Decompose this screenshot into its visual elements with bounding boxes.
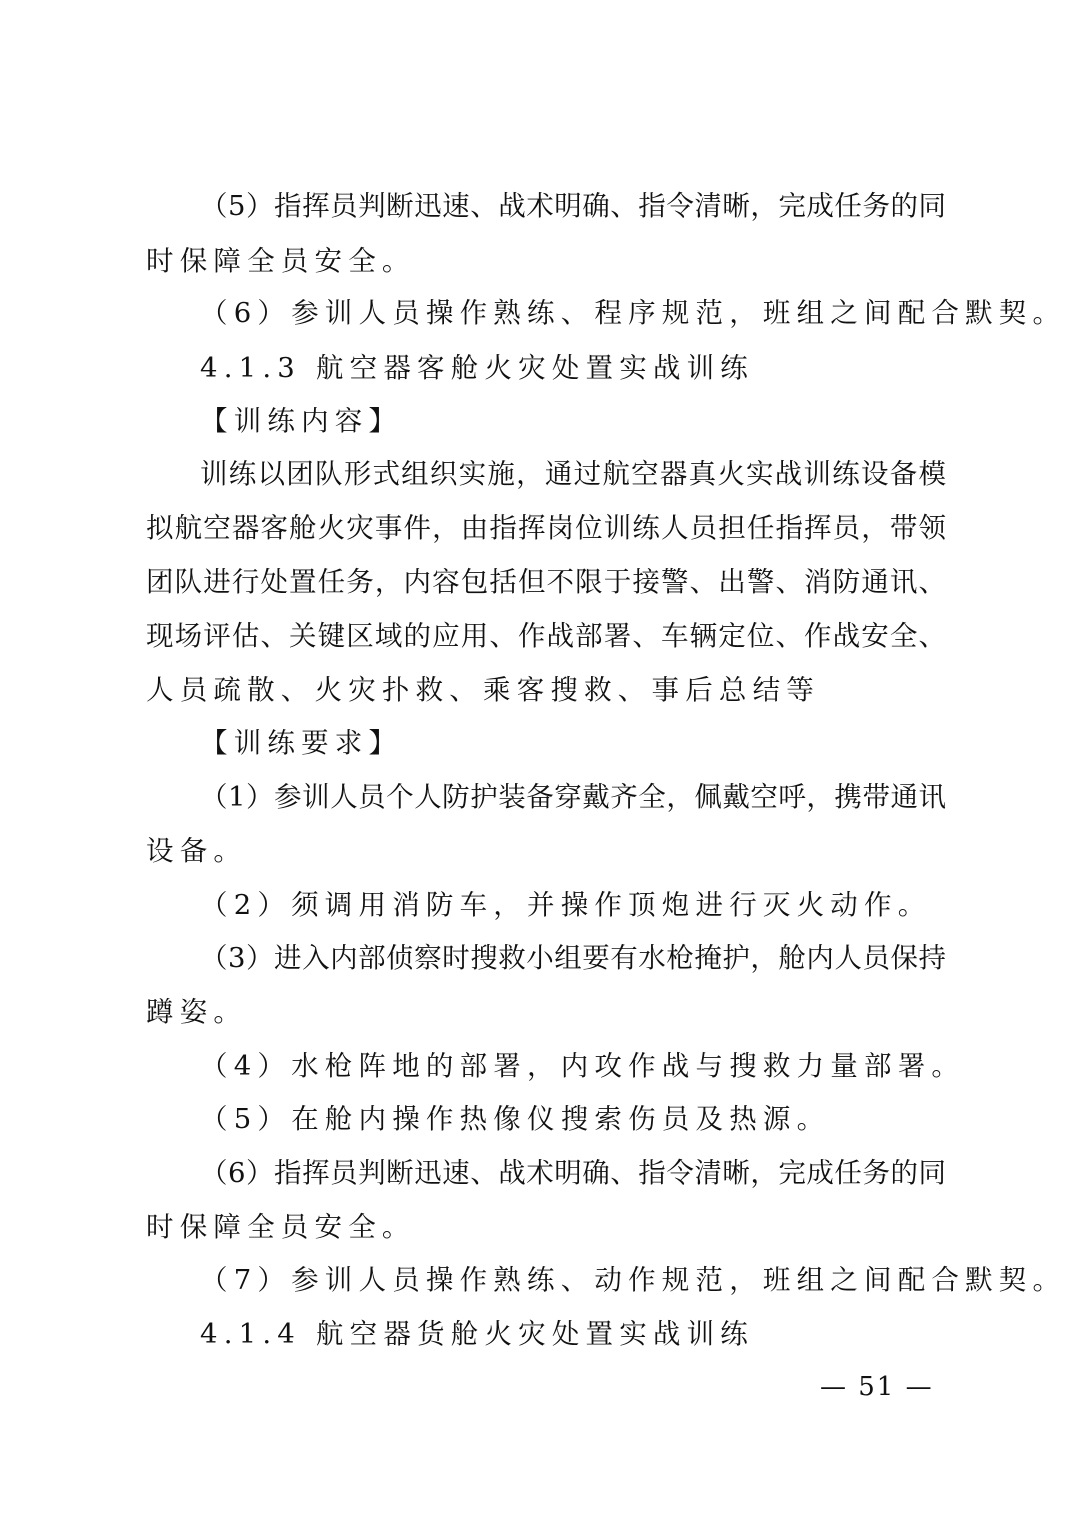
paragraph-line: 时保障全员安全。: [146, 243, 946, 279]
section-heading: 4.1.4 航空器货舱火灾处置实战训练: [200, 1316, 946, 1352]
list-item-line: （7）参训人员操作熟练、动作规范，班组之间配合默契。: [200, 1262, 946, 1298]
paragraph-line: 训练以团队形式组织实施，通过航空器真火实战训练设备模: [200, 456, 946, 492]
paragraph-line: 时保障全员安全。: [146, 1209, 946, 1245]
paragraph-line: 团队进行处置任务，内容包括但不限于接警、出警、消防通讯、: [146, 564, 946, 600]
section-heading: 4.1.3 航空器客舱火灾处置实战训练: [200, 350, 946, 386]
document-page: （5）指挥员判断迅速、战术明确、指令清晰，完成任务的同时保障全员安全。（6）参训…: [0, 0, 1080, 1528]
list-item-line: （5）指挥员判断迅速、战术明确、指令清晰，完成任务的同: [200, 188, 946, 224]
list-item-line: （4）水枪阵地的部署，内攻作战与搜救力量部署。: [200, 1048, 946, 1084]
subsection-label: 【训练要求】: [200, 725, 946, 761]
paragraph-line: 设备。: [146, 833, 946, 869]
list-item-line: （2）须调用消防车，并操作顶炮进行灭火动作。: [200, 887, 946, 923]
list-item-line: （6）参训人员操作熟练、程序规范，班组之间配合默契。: [200, 295, 946, 331]
subsection-label: 【训练内容】: [200, 403, 946, 439]
list-item-line: （1）参训人员个人防护装备穿戴齐全，佩戴空呼，携带通讯: [200, 779, 946, 815]
paragraph-line: 人员疏散、火灾扑救、乘客搜救、事后总结等: [146, 672, 946, 708]
paragraph-line: 现场评估、关键区域的应用、作战部署、车辆定位、作战安全、: [146, 618, 946, 654]
list-item-line: （6）指挥员判断迅速、战术明确、指令清晰，完成任务的同: [200, 1155, 946, 1191]
list-item-line: （5）在舱内操作热像仪搜索伤员及热源。: [200, 1101, 946, 1137]
list-item-line: （3）进入内部侦察时搜救小组要有水枪掩护，舱内人员保持: [200, 940, 946, 976]
page-number: — 51 —: [820, 1369, 934, 1405]
paragraph-line: 拟航空器客舱火灾事件，由指挥岗位训练人员担任指挥员，带领: [146, 510, 946, 546]
paragraph-line: 蹲姿。: [146, 994, 946, 1030]
